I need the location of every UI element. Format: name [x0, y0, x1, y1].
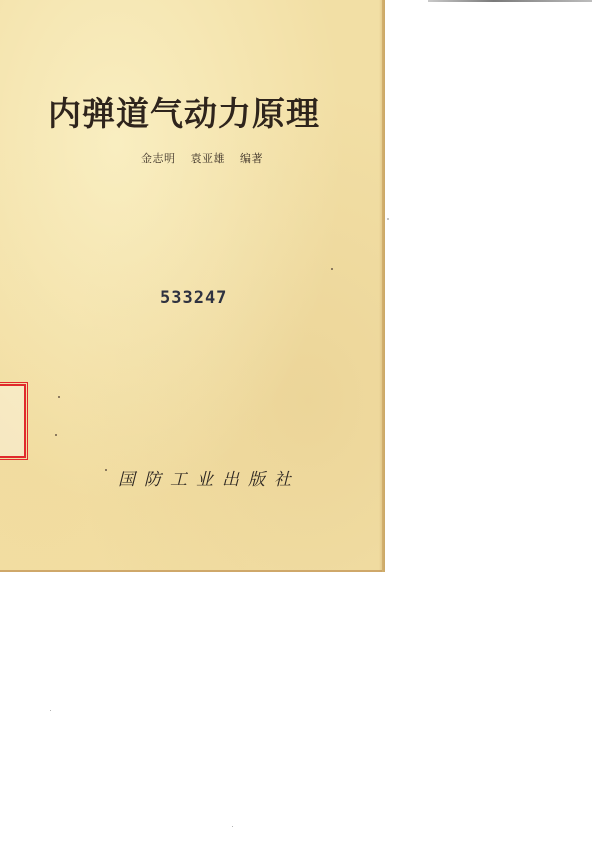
paper-speck [331, 268, 333, 270]
author-1: 金志明 [141, 152, 176, 165]
paper-speck [105, 469, 107, 471]
author-line: 金志明 袁亚雄 编著 [141, 150, 274, 166]
author-role: 编著 [240, 152, 263, 165]
author-2: 袁亚雄 [191, 152, 226, 165]
paper-speck [55, 434, 57, 436]
library-label-sticker [0, 384, 26, 458]
scan-speck [232, 826, 233, 827]
scan-speck [387, 218, 389, 220]
paper-speck [58, 396, 60, 398]
scan-speck [50, 710, 51, 711]
scan-edge-strip [428, 0, 592, 2]
book-cover: 内弹道气动力原理 金志明 袁亚雄 编著 533247 国防工业出版社 [0, 0, 385, 572]
book-title: 内弹道气动力原理 [48, 88, 348, 135]
library-stamp-number: 533247 [160, 288, 227, 308]
publisher-name: 国防工业出版社 [118, 465, 300, 490]
